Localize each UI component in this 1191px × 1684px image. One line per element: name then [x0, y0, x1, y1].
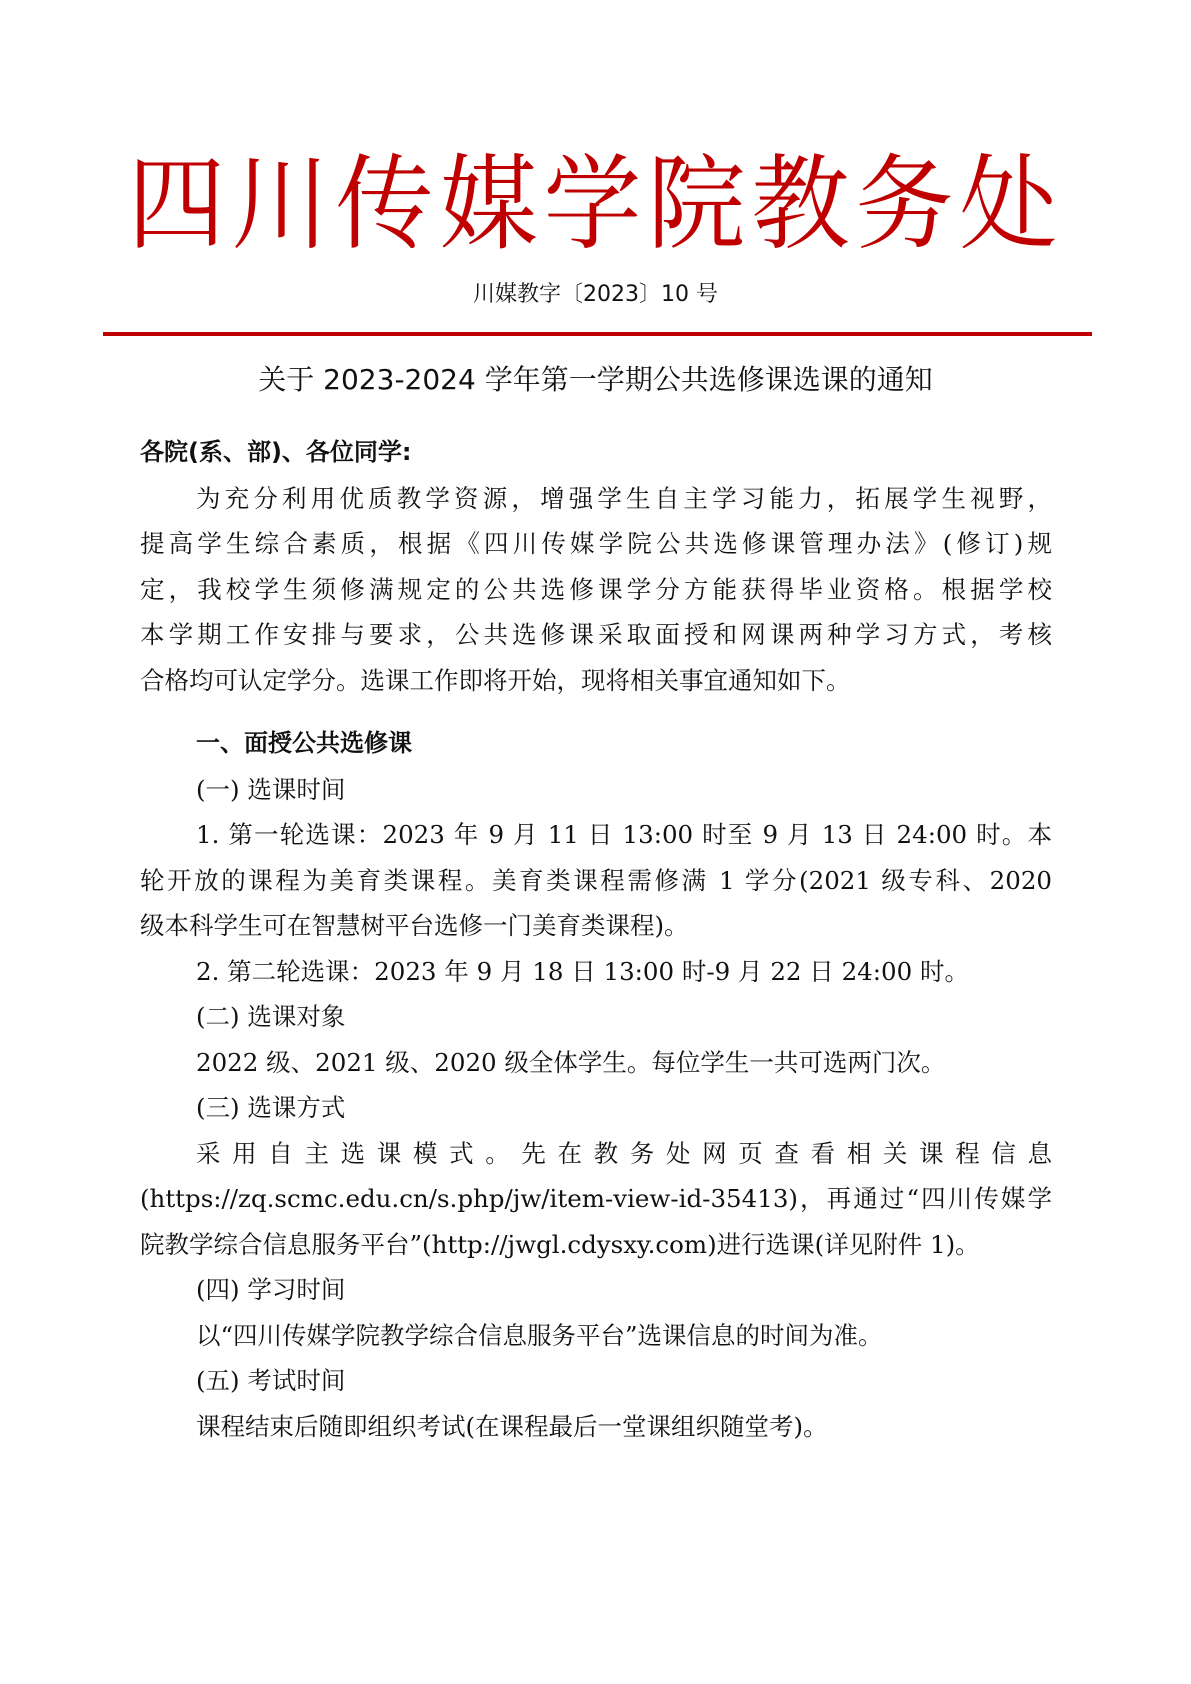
intro-line: 本学期工作安排与要求，公共选修课采取面授和网课两种学习方式，考核 — [140, 612, 1052, 658]
paragraph-line-with-link: 院教学综合信息服务平台”(http://jwgl.cdysxy.com)进行选课… — [140, 1222, 1052, 1268]
notice-body: 各院(系、部)、各位同学: 为充分利用优质教学资源，增强学生自主学习能力，拓展学… — [140, 430, 1052, 1449]
intro-line: 合格均可认定学分。选课工作即将开始，现将相关事宜通知如下。 — [140, 658, 1052, 704]
paragraph-line: 采用自主选课模式。先在教务处网页查看相关课程信息 — [140, 1131, 1052, 1177]
subsection-heading: (一) 选课时间 — [140, 767, 1052, 813]
subsection-heading: (五) 考试时间 — [140, 1358, 1052, 1404]
subsection-heading: (二) 选课对象 — [140, 994, 1052, 1040]
paragraph-line: 1. 第一轮选课：2023 年 9 月 11 日 13:00 时至 9 月 13… — [140, 812, 1052, 858]
paragraph-line: 2. 第二轮选课：2023 年 9 月 18 日 13:00 时-9 月 22 … — [140, 949, 1052, 995]
paragraph-line-with-link: (https://zq.scmc.edu.cn/s.php/jw/item-vi… — [140, 1176, 1052, 1222]
intro-line: 定，我校学生须修满规定的公共选修课学分方能获得毕业资格。根据学校 — [140, 567, 1052, 613]
masthead-title: 四川传媒学院教务处 — [0, 142, 1191, 268]
paragraph-line: 级本科学生可在智慧树平台选修一门美育类课程)。 — [140, 903, 1052, 949]
document-number: 川媒教字〔2023〕10 号 — [0, 280, 1191, 310]
salutation: 各院(系、部)、各位同学: — [140, 430, 1052, 476]
notice-title: 关于 2023-2024 学年第一学期公共选修课选课的通知 — [0, 360, 1191, 400]
paragraph-line: 2022 级、2021 级、2020 级全体学生。每位学生一共可选两门次。 — [140, 1040, 1052, 1086]
intro-line: 提高学生综合素质，根据《四川传媒学院公共选修课管理办法》(修订)规 — [140, 521, 1052, 567]
intro-line: 为充分利用优质教学资源，增强学生自主学习能力，拓展学生视野， — [140, 476, 1052, 522]
paragraph-line: 以“四川传媒学院教学综合信息服务平台”选课信息的时间为准。 — [140, 1313, 1052, 1359]
subsection-heading: (四) 学习时间 — [140, 1267, 1052, 1313]
document-page: 四川传媒学院教务处 川媒教字〔2023〕10 号 关于 2023-2024 学年… — [0, 0, 1191, 1684]
section-heading: 一、面授公共选修课 — [140, 721, 1052, 767]
red-divider — [103, 332, 1092, 336]
paragraph-line: 课程结束后随即组织考试(在课程最后一堂课组织随堂考)。 — [140, 1404, 1052, 1450]
subsection-heading: (三) 选课方式 — [140, 1085, 1052, 1131]
paragraph-line: 轮开放的课程为美育类课程。美育类课程需修满 1 学分(2021 级专科、2020 — [140, 858, 1052, 904]
